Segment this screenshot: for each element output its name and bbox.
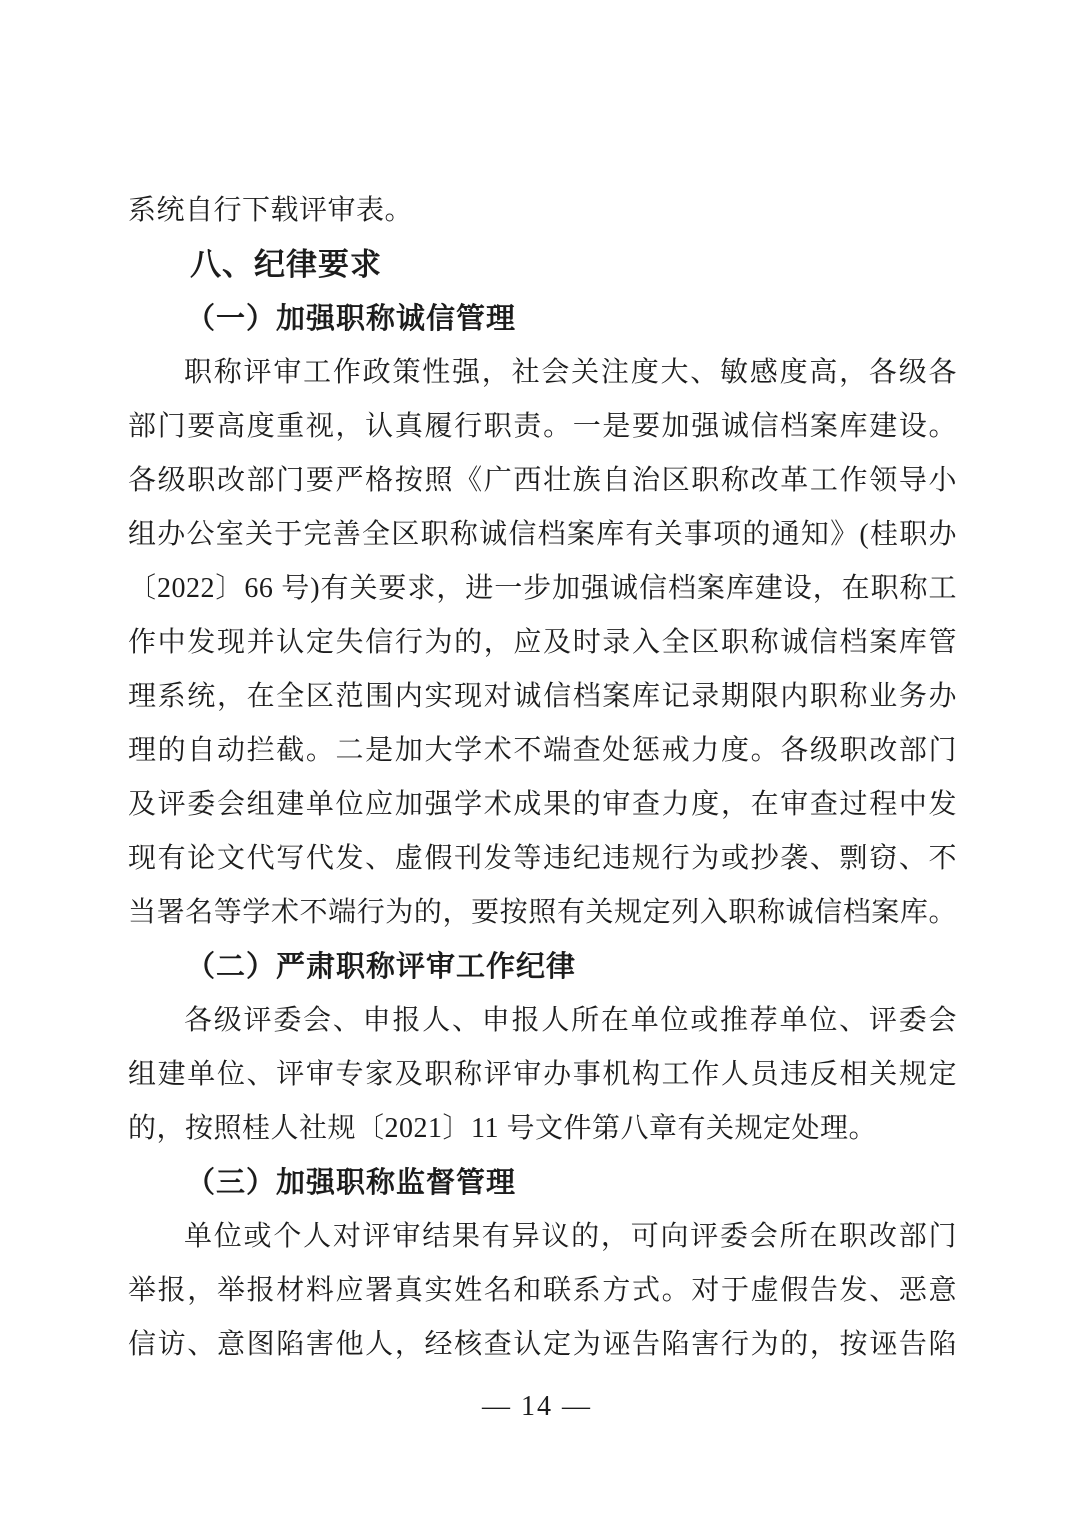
page-footer: — 14 — [0,1390,1074,1424]
paragraph-line: 单位或个人对评审结果有异议的，可向评委会所在职改部门 [128,1210,957,1264]
paragraph-line: 现有论文代写代发、虚假刊发等违纪违规行为或抄袭、剽窃、不 [128,832,957,886]
paragraph-line: 〔2022〕66 号)有关要求，进一步加强诚信档案库建设，在职称工 [128,562,957,616]
section-heading: 八、纪律要求 [128,238,957,292]
paragraph-line: 理系统，在全区范围内实现对诚信档案库记录期限内职称业务办 [128,670,957,724]
paragraph-line: 理的自动拦截。二是加大学术不端查处惩戒力度。各级职改部门 [128,724,957,778]
paragraph-line: 的，按照桂人社规〔2021〕11 号文件第八章有关规定处理。 [128,1102,957,1156]
subsection-heading: （二）严肃职称评审工作纪律 [128,940,957,994]
paragraph-line: 系统自行下载评审表。 [128,184,957,238]
document-page: 系统自行下载评审表。八、纪律要求（一）加强职称诚信管理职称评审工作政策性强，社会… [0,0,1074,1520]
paragraph-line: 各级职改部门要严格按照《广西壮族自治区职称改革工作领导小 [128,454,957,508]
paragraph-line: 各级评委会、申报人、申报人所在单位或推荐单位、评委会 [128,994,957,1048]
paragraph-line: 组办公室关于完善全区职称诚信档案库有关事项的通知》(桂职办 [128,508,957,562]
paragraph-line: 职称评审工作政策性强，社会关注度大、敏感度高，各级各 [128,346,957,400]
paragraph-line: 组建单位、评审专家及职称评审办事机构工作人员违反相关规定 [128,1048,957,1102]
subsection-heading: （一）加强职称诚信管理 [128,292,957,346]
paragraph-line: 当署名等学术不端行为的，要按照有关规定列入职称诚信档案库。 [128,886,957,940]
paragraph-line: 部门要高度重视，认真履行职责。一是要加强诚信档案库建设。 [128,400,957,454]
paragraph-line: 信访、意图陷害他人，经核查认定为诬告陷害行为的，按诬告陷 [128,1318,957,1372]
paragraph-line: 及评委会组建单位应加强学术成果的审查力度，在审查过程中发 [128,778,957,832]
paragraph-line: 举报，举报材料应署真实姓名和联系方式。对于虚假告发、恶意 [128,1264,957,1318]
page-number: — 14 — [482,1391,592,1422]
subsection-heading: （三）加强职称监督管理 [128,1156,957,1210]
document-content: 系统自行下载评审表。八、纪律要求（一）加强职称诚信管理职称评审工作政策性强，社会… [128,184,957,1372]
paragraph-line: 作中发现并认定失信行为的，应及时录入全区职称诚信档案库管 [128,616,957,670]
